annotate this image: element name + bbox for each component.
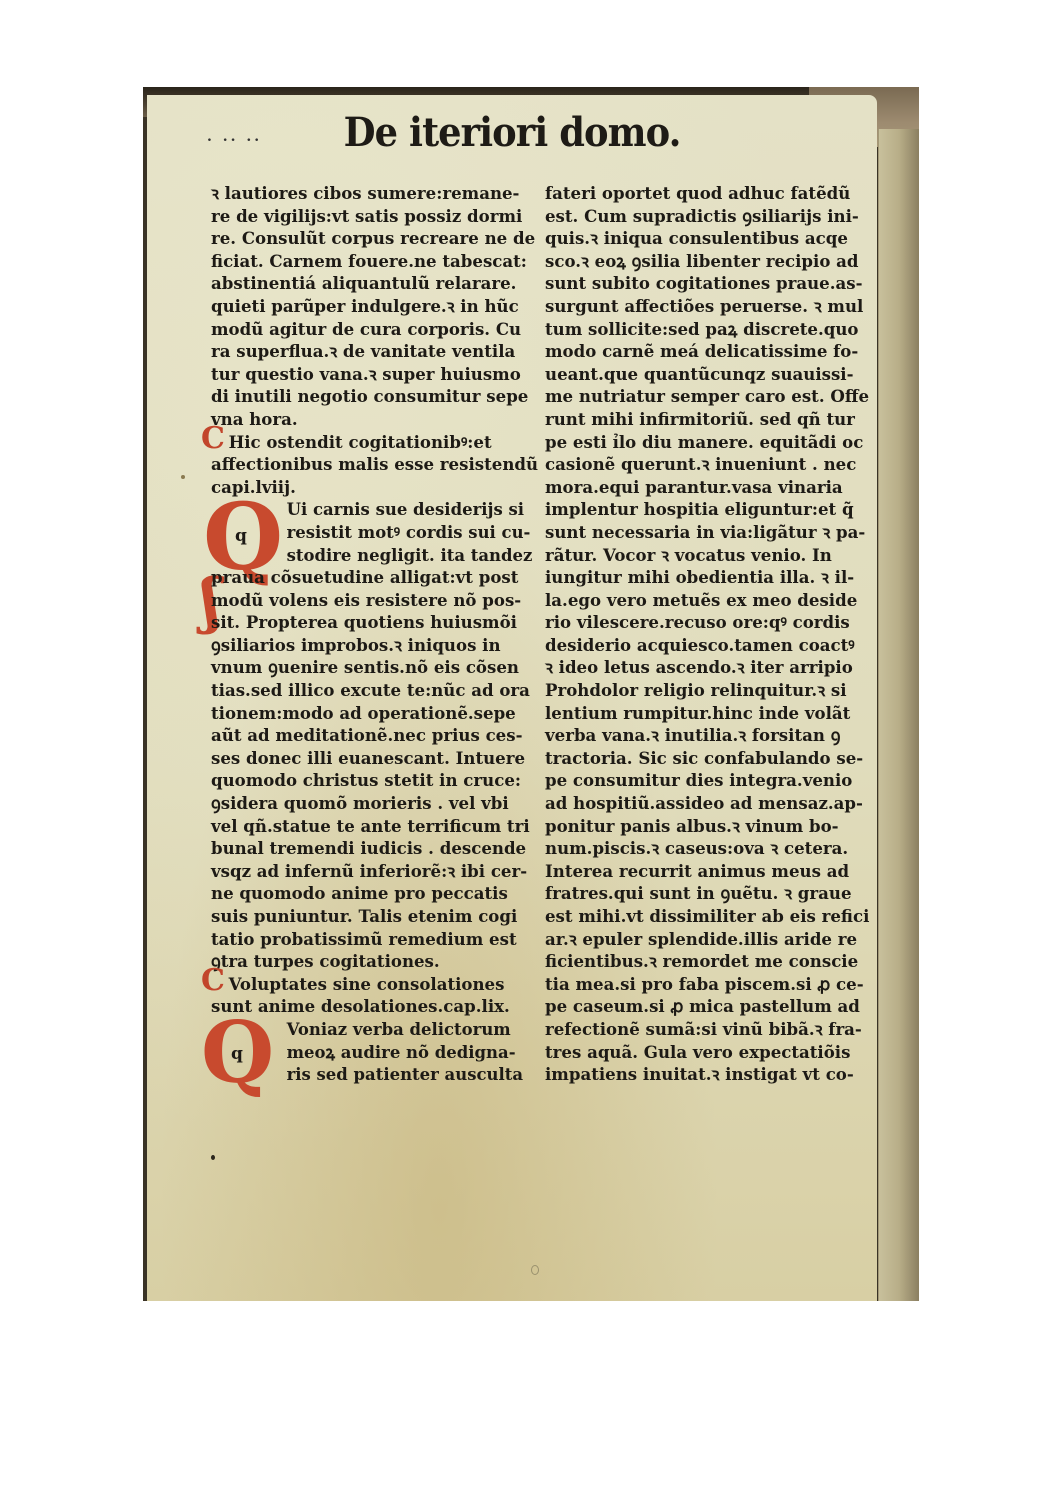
heading-line: Voluptates sine consolationes bbox=[211, 974, 543, 997]
text-line: num.piscis.ꝛ caseus:ova ꝛ cetera. bbox=[545, 838, 877, 861]
text-line: vsqz ad infernũ inferiorẽ:ꝛ ibi cer- bbox=[211, 861, 543, 884]
text-line: ne quomodo anime pro peccatis bbox=[211, 883, 543, 906]
text-line: ponitur panis albus.ꝛ vinum bo- bbox=[545, 816, 877, 839]
text-line: vnum ꝯuenire sentis.nõ eis cõsen bbox=[211, 657, 543, 680]
text-line: ficientibus.ꝛ remordet me conscie bbox=[545, 951, 877, 974]
text-line: di inutili negotio consumitur sepe bbox=[211, 386, 543, 409]
text-line: suis puniuntur. Talis etenim cogi bbox=[211, 906, 543, 929]
text-line: iungitur mihi obedientia illa. ꝛ il- bbox=[545, 567, 877, 590]
text-line: re de vigilijs:vt satis possiz dormi bbox=[211, 206, 543, 229]
text-line: vna hora. bbox=[211, 409, 543, 432]
text-line: surgunt affectiões peruerse. ꝛ mul bbox=[545, 296, 877, 319]
text-line: pe caseum.si ꝓ mica pastellum ad bbox=[545, 996, 877, 1019]
right-column: fateri oportet quod adhuc fatẽdũ est. Cu… bbox=[545, 183, 885, 1087]
text-line: sit. Propterea quotiens huiusmõi bbox=[211, 612, 543, 635]
text-line: est. Cum supradictis ꝯsiliarijs ini- bbox=[545, 206, 877, 229]
text-line: lentium rumpitur.hinc inde volãt bbox=[545, 703, 877, 726]
ink-speck bbox=[181, 475, 185, 479]
text-line: casionẽ querunt.ꝛ inueniunt . nec bbox=[545, 454, 877, 477]
heading-line: affectionibus malis esse resistendũ bbox=[211, 454, 543, 477]
heading-line: Hic ostendit cogitationibꝰ:et bbox=[211, 432, 543, 455]
text-line: modũ volens eis resistere nõ pos- bbox=[211, 590, 543, 613]
text-line: la.ego vero metuẽs ex meo deside bbox=[545, 590, 877, 613]
text-line: pe consumitur dies integra.venio bbox=[545, 770, 877, 793]
text-line: re. Consulũt corpus recreare ne de bbox=[211, 228, 543, 251]
text-line: Prohdolor religio relinquitur.ꝛ si bbox=[545, 680, 877, 703]
text-line: tatio probatissimũ remedium est bbox=[211, 929, 543, 952]
text-line: tias.sed illico excute te:nũc ad ora bbox=[211, 680, 543, 703]
text-line: ꝯsiliarios improbos.ꝛ iniquos in bbox=[211, 635, 543, 658]
text-line: praua cõsuetudine alligat:vt post bbox=[211, 567, 543, 590]
text-line: tres aquã. Gula vero expectatiõis bbox=[545, 1042, 877, 1065]
text-line: pe esti ỉlo diu manere. equitãdi oc bbox=[545, 432, 877, 455]
text-line: ꝯsidera quomõ morieris . vel vbi bbox=[211, 793, 543, 816]
text-line: runt mihi infirmitoriũ. sed qñ tur bbox=[545, 409, 877, 432]
text-line: refectionẽ sumã:si vinũ bibã.ꝛ fra- bbox=[545, 1019, 877, 1042]
left-column: ꝛ lautiores cibos sumere:remane- re de v… bbox=[211, 183, 551, 1087]
text-line: abstinentiá aliquantulũ relarare. bbox=[211, 273, 543, 296]
text-line: quis.ꝛ iniqua consulentibus acqe bbox=[545, 228, 877, 251]
text-line: rio vilescere.recuso ore:qꝰ cordis bbox=[545, 612, 877, 635]
text-line: implentur hospitia eliguntur:et q̃ bbox=[545, 499, 877, 522]
text-line: quomodo christus stetit in cruce: bbox=[211, 770, 543, 793]
text-line: desiderio acquiesco.tamen coactꝰ bbox=[545, 635, 877, 658]
text-line: tionem:modo ad operationẽ.sepe bbox=[211, 703, 543, 726]
text-line: ses donec illi euanescant. Intuere bbox=[211, 748, 543, 771]
page-fore-edge bbox=[878, 129, 919, 1301]
text-line: ueant.que quantũcunqz suauissi- bbox=[545, 364, 877, 387]
text-line: tur questio vana.ꝛ super huiusmo bbox=[211, 364, 543, 387]
text-line: stodire negligit. ita tandez bbox=[211, 545, 540, 568]
text-line: sunt necessaria in via:ligãtur ꝛ pa- bbox=[545, 522, 877, 545]
text-line: resistit motꝰ cordis sui cu- bbox=[211, 522, 540, 545]
printed-page: . .. .. De iteriori domo. ꝛ lautiores ci… bbox=[147, 95, 877, 1301]
text-line: Ui carnis sue desiderijs si bbox=[211, 499, 540, 522]
text-line: tia mea.si pro faba piscem.si ꝓ ce- bbox=[545, 974, 877, 997]
text-line: quieti parũper indulgere.ꝛ in hũc bbox=[211, 296, 543, 319]
text-line: Interea recurrit animus meus ad bbox=[545, 861, 877, 884]
ink-speck bbox=[531, 1265, 539, 1275]
text-line: ris sed patienter ausculta bbox=[211, 1064, 540, 1087]
text-line: rãtur. Vocor ꝛ vocatus venio. In bbox=[545, 545, 877, 568]
text-line: fateri oportet quod adhuc fatẽdũ bbox=[545, 183, 877, 206]
book-page-photo: . .. .. De iteriori domo. ꝛ lautiores ci… bbox=[143, 87, 919, 1301]
text-line: meoꝝ audire nõ dedigna- bbox=[211, 1042, 540, 1065]
left-column-opening-text: ꝛ lautiores cibos sumere:remane- re de v… bbox=[211, 183, 551, 432]
text-line: aũt ad meditationẽ.nec prius ces- bbox=[211, 725, 543, 748]
text-line: modo carnẽ meá delicatissime fo- bbox=[545, 341, 877, 364]
text-line: tum sollicite:sed paꝝ discrete.quo bbox=[545, 319, 877, 342]
text-line: mora.equi parantur.vasa vinaria bbox=[545, 477, 877, 500]
text-line: sco.ꝛ eoꝝ ꝯsilia libenter recipio ad bbox=[545, 251, 877, 274]
text-line: ficiat. Carnem fouere.ne tabescat: bbox=[211, 251, 543, 274]
text-line: me nutriatur semper caro est. Offe bbox=[545, 386, 877, 409]
text-line: impatiens inuitat.ꝛ instigat vt co- bbox=[545, 1064, 877, 1087]
chapter-59-text: Q q Voniaz verba delictorum meoꝝ audire … bbox=[211, 1019, 551, 1087]
running-head: De iteriori domo. bbox=[147, 103, 877, 163]
text-line: bunal tremendi iudicis . descende bbox=[211, 838, 543, 861]
text-line: ad hospitiũ.assideo ad mensaz.ap- bbox=[545, 793, 877, 816]
text-line: modũ agitur de cura corporis. Cu bbox=[211, 319, 543, 342]
text-line: ꝛ lautiores cibos sumere:remane- bbox=[211, 183, 543, 206]
text-line: ꝛ ideo letus ascendo.ꝛ iter arripio bbox=[545, 657, 877, 680]
text-line: Voniaz verba delictorum bbox=[211, 1019, 540, 1042]
text-line: ra superflua.ꝛ de vanitate ventila bbox=[211, 341, 543, 364]
chapter-58-text: Q ʃ q Ui carnis sue desiderijs si resist… bbox=[211, 499, 551, 973]
text-line: sunt subito cogitationes praue.as- bbox=[545, 273, 877, 296]
text-line: ꝯtra turpes cogitationes. bbox=[211, 951, 543, 974]
text-line: fratres.qui sunt in ꝯuẽtu. ꝛ graue bbox=[545, 883, 877, 906]
text-line: ar.ꝛ epuler splendide.illis aride re bbox=[545, 929, 877, 952]
page-title: De iteriori domo. bbox=[344, 103, 681, 163]
ink-speck bbox=[211, 1155, 215, 1160]
text-line: est mihi.vt dissimiliter ab eis refici bbox=[545, 906, 877, 929]
text-line: verba vana.ꝛ inutilia.ꝛ forsitan ꝯ bbox=[545, 725, 877, 748]
text-line: vel qñ.statue te ante terrificum tri bbox=[211, 816, 543, 839]
text-line: tractoria. Sic sic confabulando se- bbox=[545, 748, 877, 771]
